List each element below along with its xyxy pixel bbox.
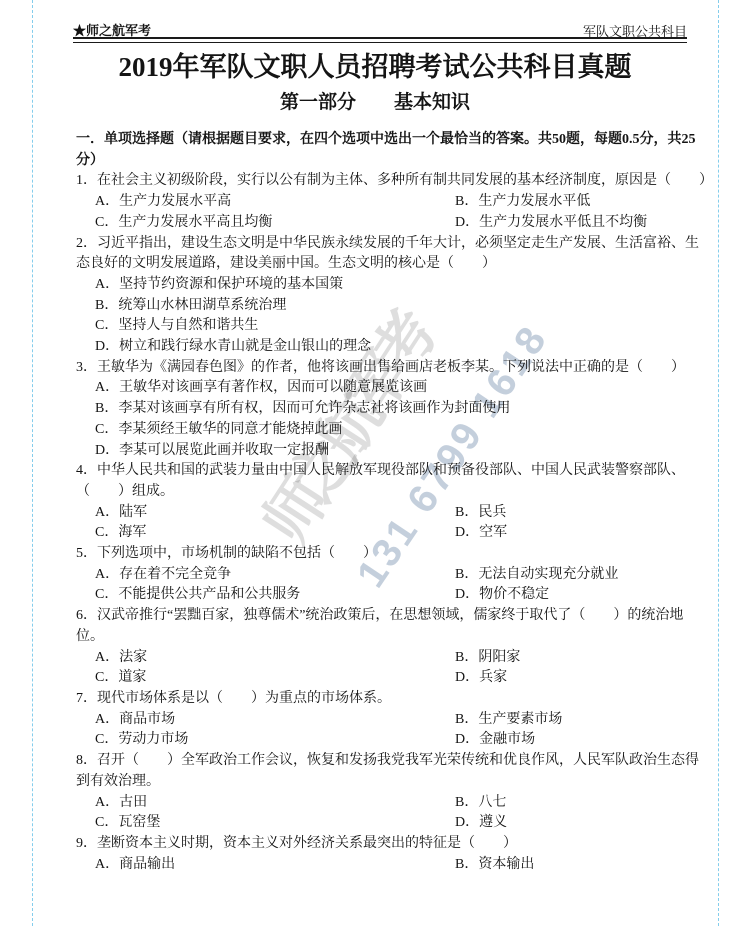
question-block: 9．垄断资本主义时期，资本主义对外经济关系最突出的特征是（ ）A．商品输出B．资… — [76, 834, 718, 875]
option-item: A．法家 — [95, 648, 147, 669]
question-block: 7．现代市场体系是以（ ）为重点的市场体系。A．商品市场B．生产要素市场C．劳动… — [76, 689, 718, 751]
option-item: A．王敏华对该画享有著作权，因而可以随意展览该画 — [95, 378, 427, 399]
header-double-rule — [73, 37, 687, 43]
option-item: A．商品市场 — [95, 710, 175, 731]
exam-body: 一．单项选择题（请根据题目要求，在四个选项中选出一个最恰当的答案。共50题，每题… — [76, 130, 718, 875]
option-item: B．统筹山水林田湖草系统治理 — [95, 296, 286, 317]
option-row: D．树立和践行绿水青山就是金山银山的理念 — [76, 337, 718, 358]
option-row: C．海军D．空军 — [76, 523, 718, 544]
option-row: B．李某对该画享有所有权，因而可允许杂志社将该画作为封面使用 — [76, 399, 718, 420]
option-row: A．古田B．八七 — [76, 793, 718, 814]
option-row: C．不能提供公共产品和公共服务D．物价不稳定 — [76, 585, 718, 606]
question-stem-line: （ ）组成。 — [76, 482, 718, 503]
option-row: A．商品输出B．资本输出 — [76, 855, 718, 876]
option-item: C．劳动力市场 — [95, 730, 188, 751]
option-item: B．阴阳家 — [455, 648, 520, 669]
question-stem-line: 4．中华人民共和国的武装力量由中国人民解放军现役部队和预备役部队、中国人民武装警… — [76, 461, 718, 482]
question-stem-line: 8．召开（ ）全军政治工作会议，恢复和发扬我党我军光荣传统和优良作风，人民军队政… — [76, 751, 718, 772]
question-stem-line: 3．王敏华为《满园春色图》的作者，他将该画出售给画店老板李某。下列说法中正确的是… — [76, 358, 718, 379]
question-stem-line: 1．在社会主义初级阶段，实行以公有制为主体、多种所有制共同发展的基本经济制度，原… — [76, 171, 718, 192]
option-item: B．资本输出 — [455, 855, 534, 876]
option-item: C．瓦窑堡 — [95, 813, 160, 834]
question-block: 4．中华人民共和国的武装力量由中国人民解放军现役部队和预备役部队、中国人民武装警… — [76, 461, 718, 544]
left-margin-guide-line — [32, 0, 33, 926]
right-margin-guide-line — [718, 0, 719, 926]
option-item: A．商品输出 — [95, 855, 175, 876]
question-stem-line: 态良好的文明发展道路，建设美丽中国。生态文明的核心是（ ） — [76, 254, 718, 275]
option-item: C．李某须经王敏华的同意才能烧掉此画 — [95, 420, 342, 441]
option-item: D．生产力发展水平低且不均衡 — [455, 213, 647, 234]
option-row: C．坚持人与自然和谐共生 — [76, 316, 718, 337]
option-row: A．坚持节约资源和保护环境的基本国策 — [76, 275, 718, 296]
option-row: A．王敏华对该画享有著作权，因而可以随意展览该画 — [76, 378, 718, 399]
option-item: C．不能提供公共产品和公共服务 — [95, 585, 300, 606]
question-stem-line: 2．习近平指出，建设生态文明是中华民族永续发展的千年大计，必须坚定走生产发展、生… — [76, 234, 718, 255]
question-block: 2．习近平指出，建设生态文明是中华民族永续发展的千年大计，必须坚定走生产发展、生… — [76, 234, 718, 358]
section-heading-line: 一．单项选择题（请根据题目要求，在四个选项中选出一个最恰当的答案。共50题，每题… — [76, 130, 718, 151]
option-item: A．陆军 — [95, 503, 147, 524]
option-item: B．李某对该画享有所有权，因而可允许杂志社将该画作为封面使用 — [95, 399, 510, 420]
option-item: D．树立和践行绿水青山就是金山银山的理念 — [95, 337, 371, 358]
option-row: A．生产力发展水平高B．生产力发展水平低 — [76, 192, 718, 213]
option-item: A．存在着不完全竞争 — [95, 565, 231, 586]
section-heading: 一．单项选择题（请根据题目要求，在四个选项中选出一个最恰当的答案。共50题，每题… — [76, 130, 718, 171]
question-block: 1．在社会主义初级阶段，实行以公有制为主体、多种所有制共同发展的基本经济制度，原… — [76, 171, 718, 233]
question-stem-line: 9．垄断资本主义时期，资本主义对外经济关系最突出的特征是（ ） — [76, 834, 718, 855]
option-item: A．古田 — [95, 793, 147, 814]
option-item: D．金融市场 — [455, 730, 535, 751]
question-stem-line: 到有效治理。 — [76, 772, 718, 793]
option-row: C．瓦窑堡D．遵义 — [76, 813, 718, 834]
option-row: A．存在着不完全竞争B．无法自动实现充分就业 — [76, 565, 718, 586]
section-heading-line: 分） — [76, 151, 718, 172]
option-row: D．李某可以展览此画并收取一定报酬 — [76, 441, 718, 462]
question-block: 3．王敏华为《满园春色图》的作者，他将该画出售给画店老板李某。下列说法中正确的是… — [76, 358, 718, 462]
option-row: C．劳动力市场D．金融市场 — [76, 730, 718, 751]
option-item: A．坚持节约资源和保护环境的基本国策 — [95, 275, 343, 296]
option-item: C．道家 — [95, 668, 146, 689]
option-item: B．无法自动实现充分就业 — [455, 565, 618, 586]
page-title: 2019年军队文职人员招聘考试公共科目真题 — [0, 45, 750, 84]
question-list: 1．在社会主义初级阶段，实行以公有制为主体、多种所有制共同发展的基本经济制度，原… — [76, 171, 718, 875]
option-item: C．海军 — [95, 523, 146, 544]
question-stem-line: 7．现代市场体系是以（ ）为重点的市场体系。 — [76, 689, 718, 710]
option-item: A．生产力发展水平高 — [95, 192, 231, 213]
option-item: D．空军 — [455, 523, 507, 544]
option-row: A．陆军B．民兵 — [76, 503, 718, 524]
option-item: D．李某可以展览此画并收取一定报酬 — [95, 441, 329, 462]
option-item: B．民兵 — [455, 503, 506, 524]
option-row: B．统筹山水林田湖草系统治理 — [76, 296, 718, 317]
option-item: D．遵义 — [455, 813, 507, 834]
question-block: 8．召开（ ）全军政治工作会议，恢复和发扬我党我军光荣传统和优良作风，人民军队政… — [76, 751, 718, 834]
question-stem-line: 6．汉武帝推行“罢黜百家，独尊儒术”统治政策后，在思想领域，儒家终于取代了（ ）… — [76, 606, 718, 627]
option-item: D．兵家 — [455, 668, 507, 689]
question-block: 5．下列选项中，市场机制的缺陷不包括（ ）A．存在着不完全竞争B．无法自动实现充… — [76, 544, 718, 606]
option-row: C．生产力发展水平高且均衡D．生产力发展水平低且不均衡 — [76, 213, 718, 234]
option-item: B．生产要素市场 — [455, 710, 562, 731]
question-stem-line: 5．下列选项中，市场机制的缺陷不包括（ ） — [76, 544, 718, 565]
option-item: D．物价不稳定 — [455, 585, 549, 606]
option-item: C．坚持人与自然和谐共生 — [95, 316, 258, 337]
option-row: C．道家D．兵家 — [76, 668, 718, 689]
option-item: B．八七 — [455, 793, 506, 814]
part-title: 第一部分 基本知识 — [0, 87, 750, 114]
option-item: C．生产力发展水平高且均衡 — [95, 213, 272, 234]
option-row: A．商品市场B．生产要素市场 — [76, 710, 718, 731]
option-row: A．法家B．阴阳家 — [76, 648, 718, 669]
question-block: 6．汉武帝推行“罢黜百家，独尊儒术”统治政策后，在思想领域，儒家终于取代了（ ）… — [76, 606, 718, 689]
question-stem-line: 位。 — [76, 627, 718, 648]
option-row: C．李某须经王敏华的同意才能烧掉此画 — [76, 420, 718, 441]
option-item: B．生产力发展水平低 — [455, 192, 590, 213]
